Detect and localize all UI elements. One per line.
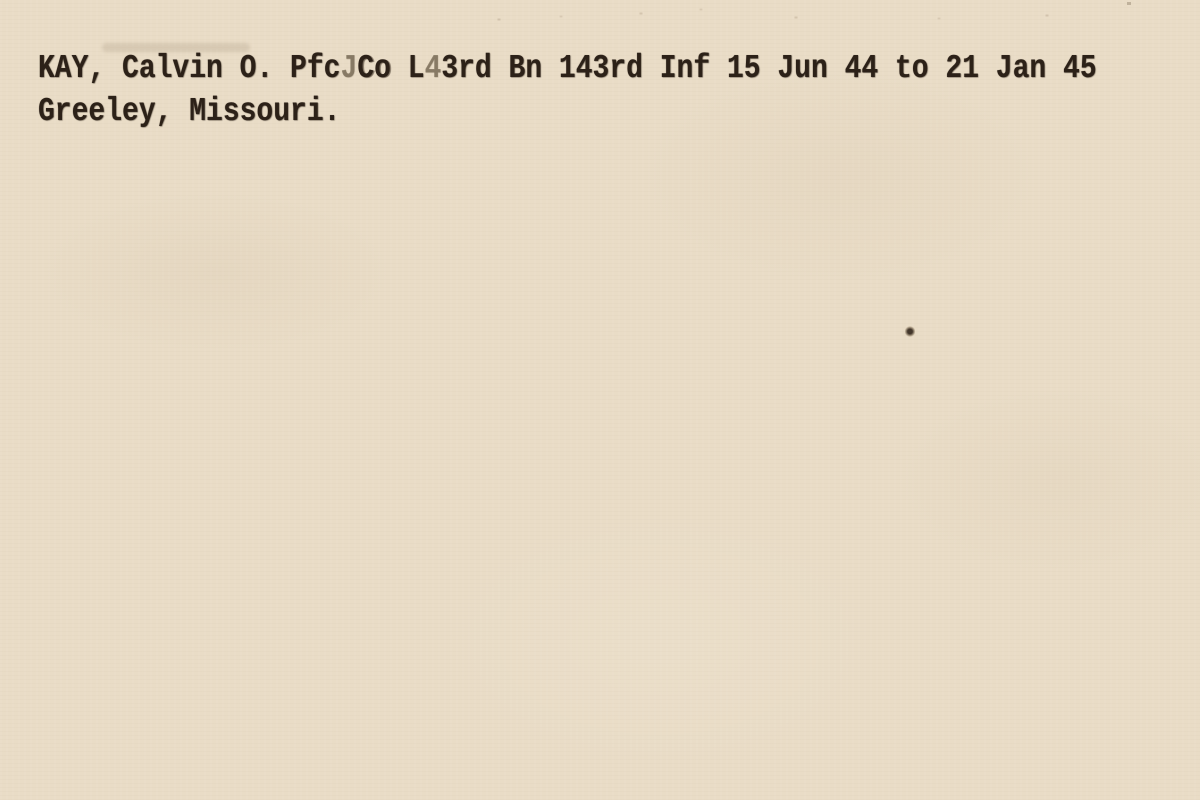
hometown-line: Greeley, Missouri.	[38, 87, 1097, 138]
soldier-name-and-rank: KAY, Calvin O. Pfc	[38, 51, 340, 88]
typed-text-block: KAY, Calvin O. PfcJCo L43rd Bn 143rd Inf…	[38, 44, 1097, 130]
company-letter: L	[408, 51, 425, 88]
overstrike-ghost-char: J	[340, 51, 357, 88]
overstrike-ghost-char: 4	[425, 51, 442, 88]
company-abbrev: Co	[357, 51, 407, 88]
index-card: KAY, Calvin O. PfcJCo L43rd Bn 143rd Inf…	[0, 0, 1200, 800]
unit-and-service-dates: 3rd Bn 143rd Inf 15 Jun 44 to 21 Jan 45	[441, 51, 1096, 88]
paper-speck	[905, 326, 915, 337]
paper-fiber-marks	[0, 0, 2, 1]
